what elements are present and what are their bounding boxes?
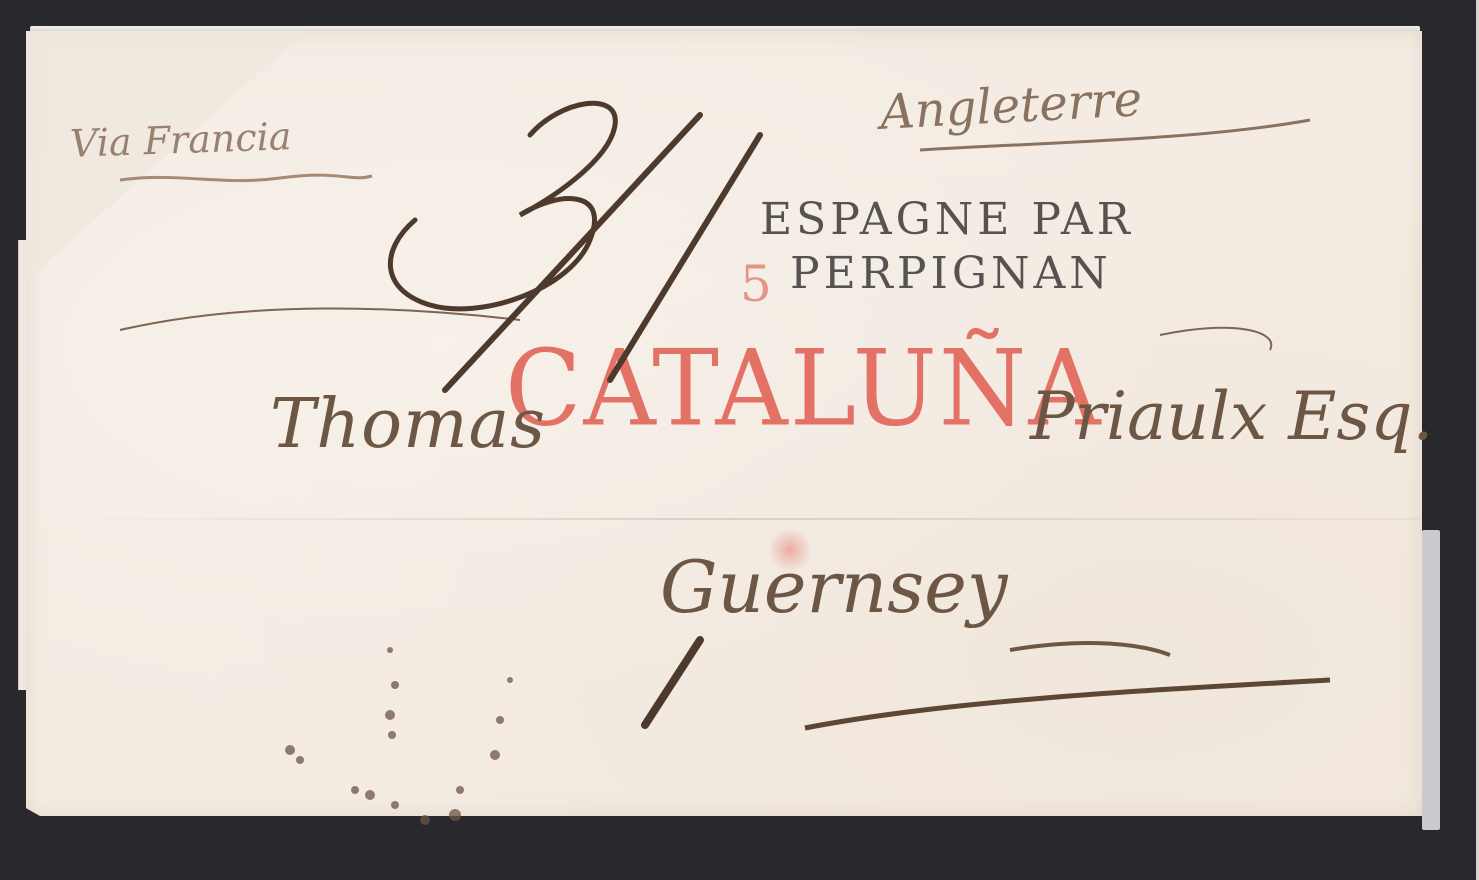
- markings-layer: Via Francia Angleterre ESPAGNE PAR PERPI…: [0, 0, 1479, 880]
- entry-handstamp-line2: PERPIGNAN: [790, 248, 1112, 299]
- destination-country: Angleterre: [879, 71, 1144, 141]
- destination-place: Guernsey: [660, 545, 1008, 629]
- faint-postmark: [260, 640, 520, 820]
- addressee-surname: Priaulx Esq.: [1030, 378, 1434, 455]
- scanned-postal-cover: Via Francia Angleterre ESPAGNE PAR PERPI…: [0, 0, 1479, 880]
- addressee-name: Thomas: [270, 385, 546, 464]
- entry-handstamp-line1: ESPAGNE PAR: [760, 194, 1134, 245]
- routing-endorsement: Via Francia: [69, 114, 292, 166]
- rate-marking: [360, 80, 780, 400]
